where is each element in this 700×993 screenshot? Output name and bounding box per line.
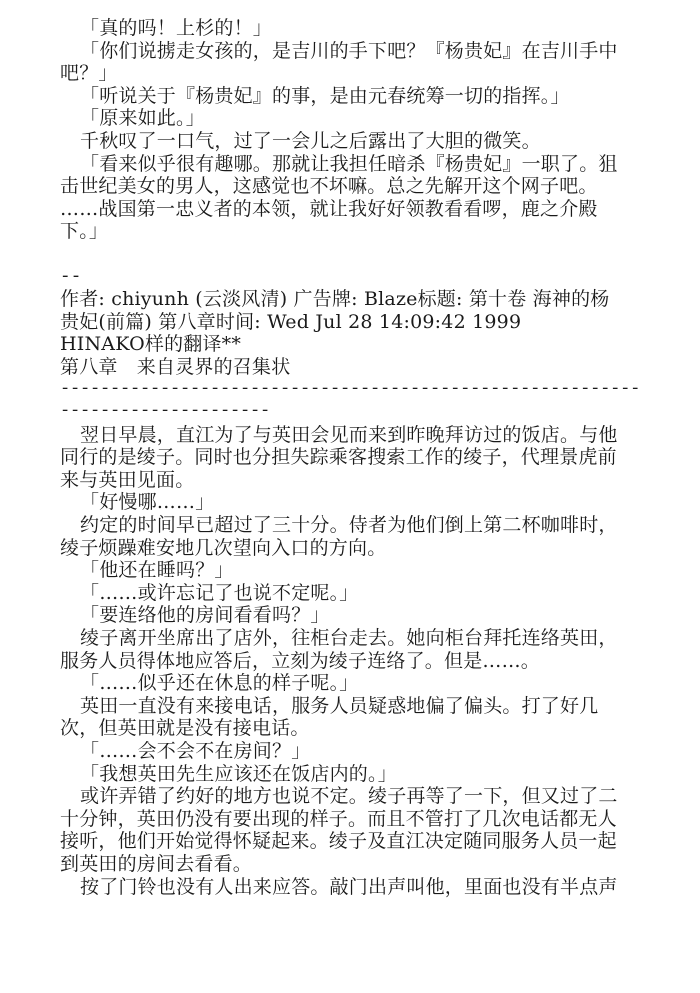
horizontal-rule: ----------------------------------------… — [60, 379, 640, 402]
text-line: 十分钟，英田仍没有要出现的样子。而且不管打了几次电话都无人 — [60, 808, 640, 831]
blank-line — [60, 243, 640, 266]
text-line: 「……似乎还在休息的样子呢。」 — [60, 672, 640, 695]
text-line: 约定的时间早已超过了三十分。侍者为他们倒上第二杯咖啡时， — [60, 514, 640, 537]
header-time-line: 贵妃(前篇) 第八章时间: Wed Jul 28 14:09:42 1999 — [60, 311, 640, 334]
text-line: ……战国第一忠义者的本领，就让我好好领教看看啰，鹿之介殿 — [60, 198, 640, 221]
text-line: 「原来如此。」 — [60, 107, 640, 130]
text-line: 击世纪美女的男人，这感觉也不坏嘛。总之先解开这个网子吧。 — [60, 175, 640, 198]
chapter-title: 第八章 来自灵界的召集状 — [60, 356, 640, 379]
text-line: 同行的是绫子。同时也分担失踪乘客搜索工作的绫子，代理景虎前 — [60, 446, 640, 469]
text-line: 「他还在睡吗？」 — [60, 559, 640, 582]
text-line: 绫子离开坐席出了店外，往柜台走去。她向柜台拜托连络英田， — [60, 627, 640, 650]
text-line: 「要连络他的房间看看吗？」 — [60, 604, 640, 627]
signature-separator: -- — [60, 266, 640, 289]
chapter-body: 翌日早晨，直江为了与英田会见而来到昨晚拜访过的饭店。与他 同行的是绫子。同时也分… — [60, 424, 640, 898]
header-author-line: 作者: chiyunh (云淡风清) 广告牌: Blaze标题: 第十卷 海神的… — [60, 288, 640, 311]
post-header: 作者: chiyunh (云淡风清) 广告牌: Blaze标题: 第十卷 海神的… — [60, 288, 640, 424]
text-line: 次，但英田就是没有接电话。 — [60, 717, 640, 740]
text-line: 或许弄错了约好的地方也说不定。绫子再等了一下，但又过了二 — [60, 785, 640, 808]
document-page: 「真的吗！上杉的！」 「你们说掳走女孩的，是吉川的手下吧？『杨贵妃』在吉川手中 … — [60, 17, 640, 898]
text-line: 到英田的房间去看看。 — [60, 853, 640, 876]
text-line: 来与英田见面。 — [60, 469, 640, 492]
text-line: 「好慢哪……」 — [60, 491, 640, 514]
text-line: 千秋叹了一口气，过了一会儿之后露出了大胆的微笑。 — [60, 130, 640, 153]
dialogue-top-section: 「真的吗！上杉的！」 「你们说掳走女孩的，是吉川的手下吧？『杨贵妃』在吉川手中 … — [60, 17, 640, 243]
text-line: 按了门铃也没有人出来应答。敲门出声叫他，里面也没有半点声 — [60, 876, 640, 899]
text-line: 「……会不会不在房间？」 — [60, 740, 640, 763]
text-line: 「我想英田先生应该还在饭店内的。」 — [60, 763, 640, 786]
text-line: 吧？」 — [60, 62, 640, 85]
text-line: 「真的吗！上杉的！」 — [60, 17, 640, 40]
text-line: 接听，他们开始觉得怀疑起来。绫子及直江决定随同服务人员一起 — [60, 830, 640, 853]
text-line: 「……或许忘记了也说不定呢。」 — [60, 582, 640, 605]
text-line: 绫子烦躁难安地几次望向入口的方向。 — [60, 537, 640, 560]
horizontal-rule: --------------------- — [60, 401, 640, 424]
text-line: 英田一直没有来接电话，服务人员疑惑地偏了偏头。打了好几 — [60, 695, 640, 718]
text-line: 「看来似乎很有趣哪。那就让我担任暗杀『杨贵妃』一职了。狙 — [60, 153, 640, 176]
text-line: 「你们说掳走女孩的，是吉川的手下吧？『杨贵妃』在吉川手中 — [60, 40, 640, 63]
translator-credit: HINAKO样的翻译** — [60, 333, 640, 356]
text-line: 服务人员得体地应答后，立刻为绫子连络了。但是……。 — [60, 650, 640, 673]
text-line: 下。」 — [60, 220, 640, 243]
text-line: 「听说关于『杨贵妃』的事，是由元春统筹一切的指挥。」 — [60, 85, 640, 108]
text-line: 翌日早晨，直江为了与英田会见而来到昨晚拜访过的饭店。与他 — [60, 424, 640, 447]
